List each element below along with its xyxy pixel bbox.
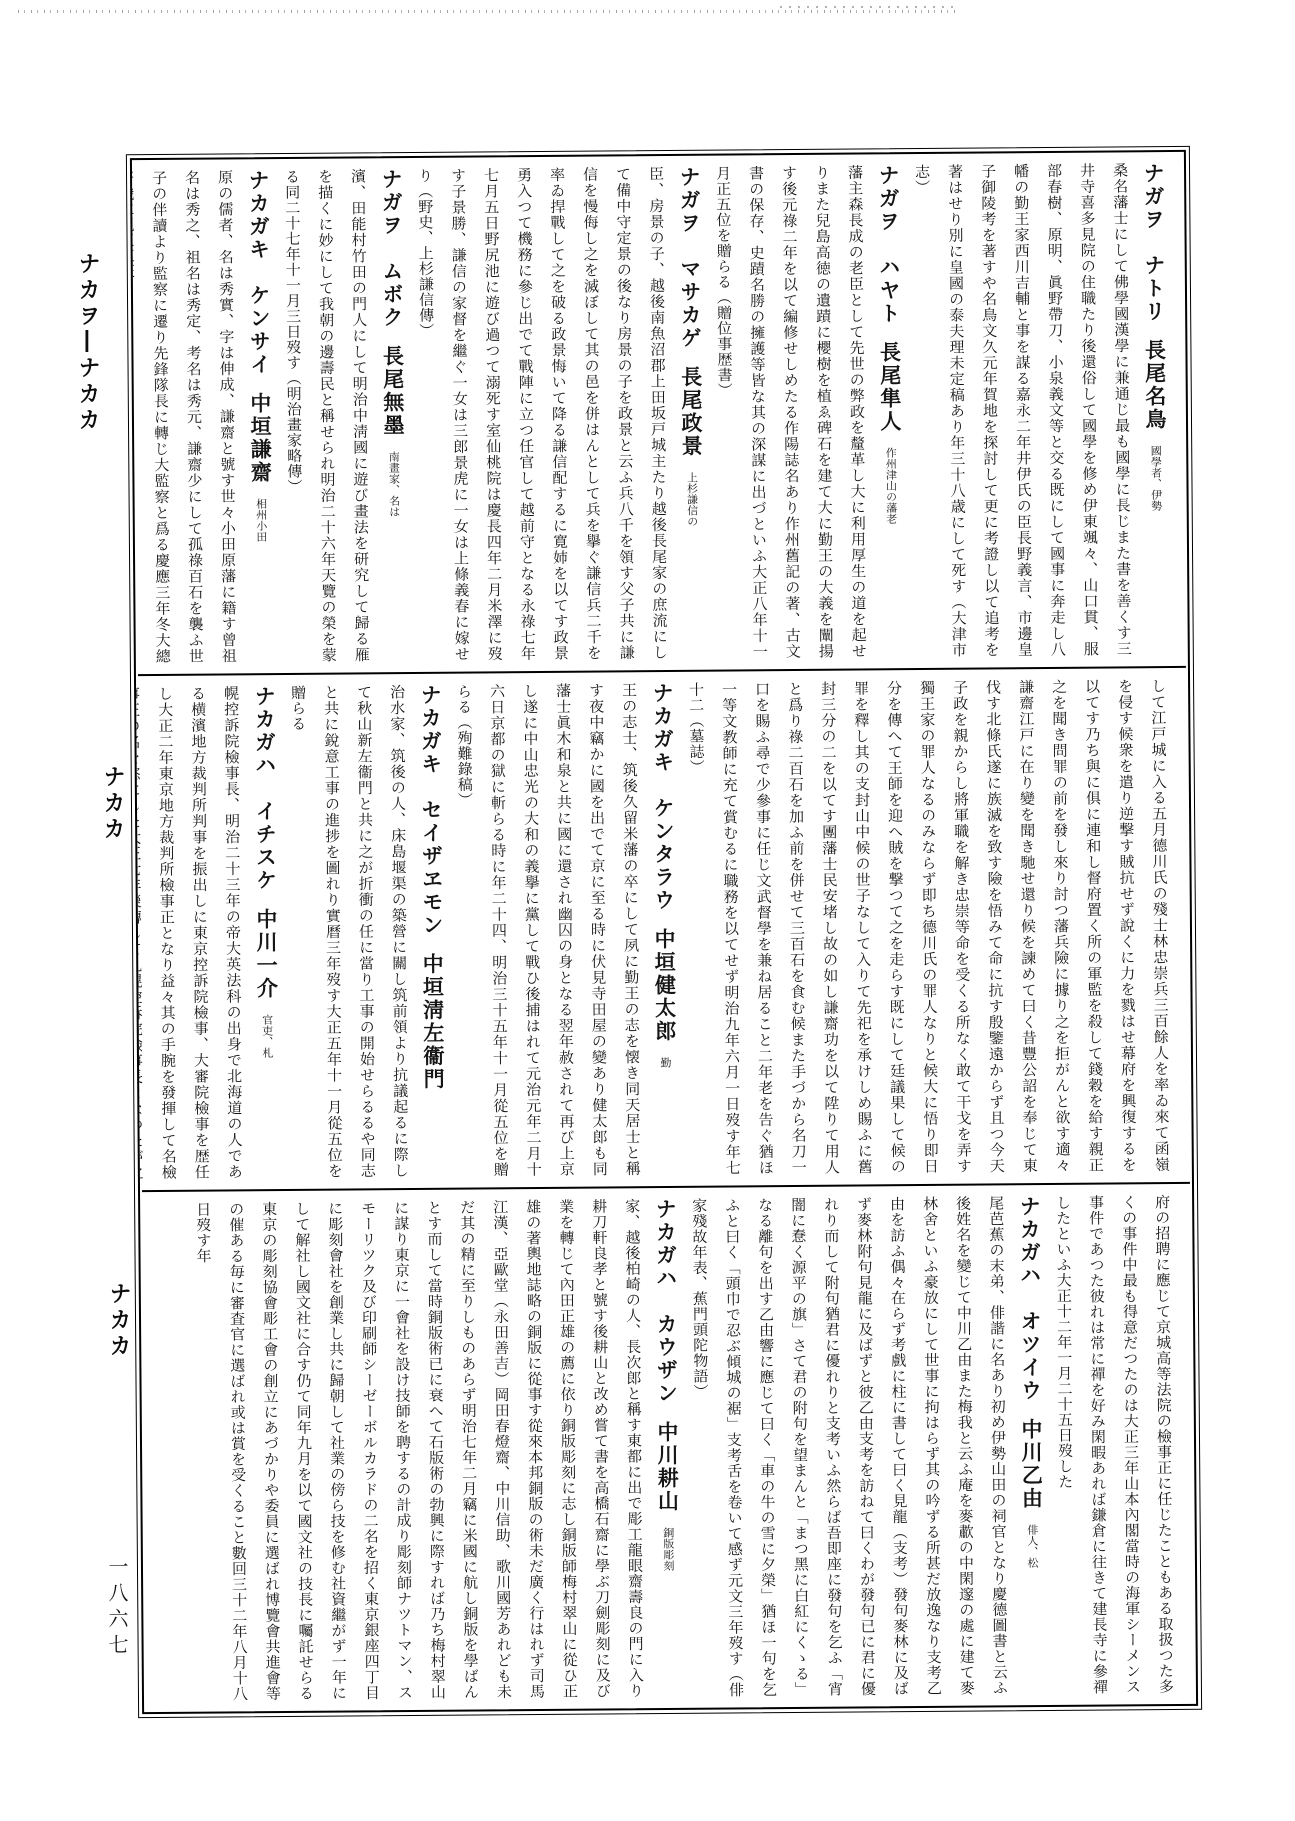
headword-gloss: 勤 bbox=[659, 1057, 672, 1068]
headword-kanji-name: 長尾政景 bbox=[679, 366, 705, 458]
entry-headword: ナカガハ カウザン中川耕山銅版彫刻 bbox=[656, 1198, 677, 1571]
entry-body-text: して江戸城に入る五月德川氏の殘士林忠崇兵三百餘人を率ゐ來て函嶺を侵す候衆を遣り逆… bbox=[687, 678, 1171, 1175]
margin-guide-label-top: ナカヲ―ナカカ bbox=[72, 252, 103, 434]
entry-headword: ナカガハ オツイウ中川乙由俳人、松 bbox=[1020, 1195, 1041, 1568]
headword-kanji-name: 中垣健太郎 bbox=[652, 928, 678, 1043]
entry-body-text: 臣、房景の子、越後南魚沼郡上田坂戸城主たり越後長尾家の庶流にして備中守定景の後な… bbox=[416, 166, 669, 662]
entry-headword: ナガヲ ナトリ長尾名鳥國學者、伊勢 bbox=[1144, 162, 1165, 511]
headword-kana-reading: ナカガキ ケンサイ bbox=[246, 169, 272, 376]
margin-guide-label-middle: ナカカ bbox=[97, 765, 128, 843]
entry-body-text: 治水家、筑後の人、床島堰渠の築營に關し筑前領より抗議起るに際して秋山新左衞門と共… bbox=[289, 684, 410, 1179]
headword-gloss: 銅版彫刻 bbox=[662, 1527, 675, 1571]
entry-body-text: 幌控訴院檢事長、明治二十三年の帝大英法科の出身で北海道の人である横濱地方裁判所判… bbox=[136, 685, 244, 1180]
headword-gloss: 相州小田 bbox=[255, 498, 268, 542]
headword-kana-reading: ナガヲ ナトリ bbox=[1141, 162, 1166, 323]
headword-gloss: 作州津山の藩老 bbox=[884, 447, 898, 524]
headword-kana-reading: ナガヲ マサカゲ bbox=[677, 166, 702, 350]
headword-kana-reading: ナカガハ オツイウ bbox=[1017, 1195, 1043, 1402]
headword-kana-reading: ナカガハ カウザン bbox=[653, 1198, 679, 1405]
entry-headword: ナカガキ ケンタラウ中垣健太郎勤 bbox=[653, 682, 674, 1068]
entry-headword: ナガヲ ムボク長尾無墨南畫家、名は bbox=[382, 168, 403, 517]
headword-kanji-name: 中垣淸左衞門 bbox=[420, 953, 446, 1091]
entry-body-text: 原の儒者、名は秀實、字は伸成、謙齋と號す世々小田原藩に籍す曾祖名は秀之、祖名は秀… bbox=[132, 169, 238, 664]
content-box-inner-rule: ナガヲ ナトリ長尾名鳥國學者、伊勢桑名藩士にして佛學國漢學に兼通じ最も國學に長じ… bbox=[130, 150, 1198, 1714]
entry-body-text: 濱、田能村竹田の門人にして明治中淸國に遊び畫法を研究して歸る雁を描くに妙にして我… bbox=[283, 168, 371, 662]
headword-gloss: 俳人、松 bbox=[1026, 1524, 1039, 1568]
text-band-bottom: 府の招聘に應じて京城高等法院の檢事正に任じたこともある取扱つた多くの事件中最も得… bbox=[140, 1184, 1196, 1712]
headword-gloss: 上杉謙信の bbox=[685, 472, 698, 527]
headword-kana-reading: ナカガキ ケンタラウ bbox=[650, 682, 676, 912]
headword-kanji-name: 中川一介 bbox=[254, 908, 280, 1000]
headword-kanji-name: 長尾名鳥 bbox=[1142, 339, 1168, 431]
entry-headword: ナカガハ イチスケ中川一介官吏、札 bbox=[255, 685, 276, 1058]
scan-noise-line bbox=[18, 10, 958, 13]
scan-noise-line-2 bbox=[780, 6, 960, 8]
entry-body-text: 桑名藩士にして佛學國漢學に兼通じ最も國學に長じまた書を善くす三井寺喜多見院の住職… bbox=[913, 162, 1133, 657]
entry-body-text: 尾芭蕉の末弟、俳諧に名あり初め伊勢山田の祠官となり慶德圖書と云ふ後姓名を變じて中… bbox=[690, 1195, 1009, 1697]
text-band-middle: して江戸城に入る五月德川氏の殘士林忠崇兵三百餘人を率ゐ來て函嶺を侵す候衆を遣り逆… bbox=[136, 668, 1192, 1190]
entry-body-text: 家、越後柏崎の人、長次郎と稱す東都に出で彫工龍眼齋壽良の門に入り耕刀軒良孝と號す… bbox=[194, 1198, 645, 1701]
headword-kana-reading: ナカガハ イチスケ bbox=[252, 685, 278, 892]
headword-kanji-name: 長尾無墨 bbox=[380, 345, 406, 437]
entry-headword: ナガヲ マサカゲ長尾政景上杉謙信の bbox=[680, 166, 701, 527]
headword-kana-reading: ナカガキ セイザヱモン bbox=[418, 684, 444, 937]
margin-guide-label-bottom: ナカカ bbox=[103, 1282, 134, 1360]
page-number: 一八六七 bbox=[103, 1556, 132, 1660]
headword-kanji-name: 中川耕山 bbox=[655, 1421, 681, 1513]
entry-body-text: 藩主森長成の老臣として先世の弊政を釐革し大に利用厚生の道を起せりまた兒島高徳の遺… bbox=[714, 164, 868, 659]
headword-kana-reading: ナガヲ ムボク bbox=[379, 168, 404, 329]
entry-headword: ナカガキ セイザヱモン中垣淸左衞門 bbox=[421, 684, 442, 1091]
entry-body-text: 王の志士、筑後久留米藩の卒にして夙に勤王の志を懐き同天居士と稱す夜中竊かに國を出… bbox=[455, 682, 642, 1177]
headword-kanji-name: 中川乙由 bbox=[1019, 1418, 1045, 1510]
content-box: ナガヲ ナトリ長尾名鳥國學者、伊勢桑名藩士にして佛學國漢學に兼通じ最も國學に長じ… bbox=[126, 146, 1202, 1718]
headword-gloss: 官吏、札 bbox=[261, 1014, 274, 1058]
text-band-top: ナガヲ ナトリ長尾名鳥國學者、伊勢桑名藩士にして佛學國漢學に兼通じ最も國學に長じ… bbox=[132, 152, 1188, 674]
headword-gloss: 國學者、伊勢 bbox=[1149, 445, 1163, 511]
headword-kanji-name: 中垣謙齋 bbox=[248, 392, 274, 484]
headword-kana-reading: ナガヲ ハヤト bbox=[876, 164, 901, 325]
entry-headword: ナガヲ ハヤト長尾隼人作州津山の藩老 bbox=[879, 164, 900, 524]
headword-kanji-name: 長尾隼人 bbox=[877, 341, 903, 433]
entry-body-text: 府の招聘に應じて京城高等法院の檢事正に任じたこともある取扱つた多くの事件中最も得… bbox=[1054, 1194, 1175, 1695]
entry-headword: ナカガキ ケンサイ中垣謙齋相州小田 bbox=[249, 169, 270, 542]
scanned-dictionary-page: ナカヲ―ナカカ ナカカ ナカカ 一八六七 ナガヲ ナトリ長尾名鳥國學者、伊勢桑名… bbox=[0, 0, 1295, 1821]
headword-gloss: 南畫家、名は bbox=[387, 451, 401, 517]
